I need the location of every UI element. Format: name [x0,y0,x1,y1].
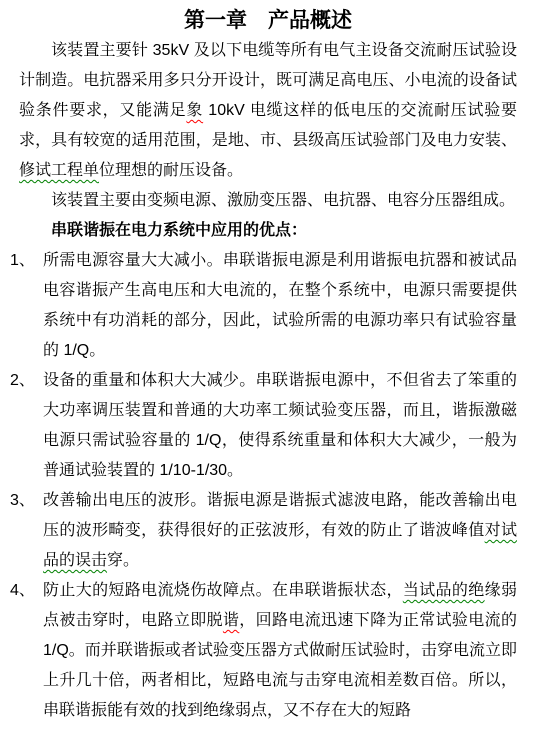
list-number-3: 3、 [10,486,43,576]
advantage-item-2: 2、 设备的重量和体积大大减少。串联谐振电源中，不但省去了笨重的大功率调压装置和… [10,366,517,486]
advantage-item-1: 1、 所需电源容量大大减小。串联谐振电源是利用谐振电抗器和被试品电容谐振产生高电… [10,246,517,366]
spelling-error-text: 象 [186,102,203,119]
text-run: 位理想的耐压设备。 [99,162,243,179]
intro-paragraph: 该装置主要针 35kV 及以下电缆等所有电气主设备交流耐压试验设计制造。电抗器采… [19,36,517,186]
text-run: 所需电源容量大大减小。串联谐振电源是利用谐振电抗器和被试品电容谐振产生高电压和大… [43,252,517,359]
chapter-title: 第一章 产品概述 [19,5,517,36]
list-text-3: 改善输出电压的波形。谐振电源是谐振式滤波电路，能改善输出电压的波形畸变，获得很好… [43,486,517,576]
text-run: 该装置主要由变频电源、激励变压器、电抗器、电容分压器组成。 [51,192,515,209]
list-number-4: 4、 [10,576,43,726]
list-text-2: 设备的重量和体积大大减少。串联谐振电源中，不但省去了笨重的大功率调压装置和普通的… [43,366,517,486]
spelling-error-text: 谐 [223,612,239,629]
document-page[interactable]: 第一章 产品概述 该装置主要针 35kV 及以下电缆等所有电气主设备交流耐压试验… [0,0,537,732]
list-number-1: 1、 [10,246,43,366]
composition-paragraph: 该装置主要由变频电源、激励变压器、电抗器、电容分压器组成。 [19,186,517,216]
advantage-item-4: 4、 防止大的短路电流烧伤故障点。在串联谐振状态，当试品的绝缘弱点被击穿时，电路… [10,576,517,726]
text-run: 设备的重量和体积大大减少。串联谐振电源中，不但省去了笨重的大功率调压装置和普通的… [43,372,517,479]
grammar-error-text: 修试工程单 [19,162,99,179]
grammar-error-text: 当试品的绝 [403,582,485,599]
text-run: 串联谐振在电力系统中应用的优点： [51,222,307,239]
text-run: 防止大的短路电流烧伤故障点。在串联谐振状态， [43,582,403,599]
list-number-2: 2、 [10,366,43,486]
advantages-heading: 串联谐振在电力系统中应用的优点： [19,216,517,246]
list-text-1: 所需电源容量大大减小。串联谐振电源是利用谐振电抗器和被试品电容谐振产生高电压和大… [43,246,517,366]
text-run: 穿。 [107,552,139,569]
advantage-item-3: 3、 改善输出电压的波形。谐振电源是谐振式滤波电路，能改善输出电压的波形畸变，获… [10,486,517,576]
text-run: 改善输出电压的波形。谐振电源是谐振式滤波电路，能改善输出电压的波形畸变，获得很好… [43,492,517,539]
list-text-4: 防止大的短路电流烧伤故障点。在串联谐振状态，当试品的绝缘弱点被击穿时，电路立即脱… [43,576,517,726]
